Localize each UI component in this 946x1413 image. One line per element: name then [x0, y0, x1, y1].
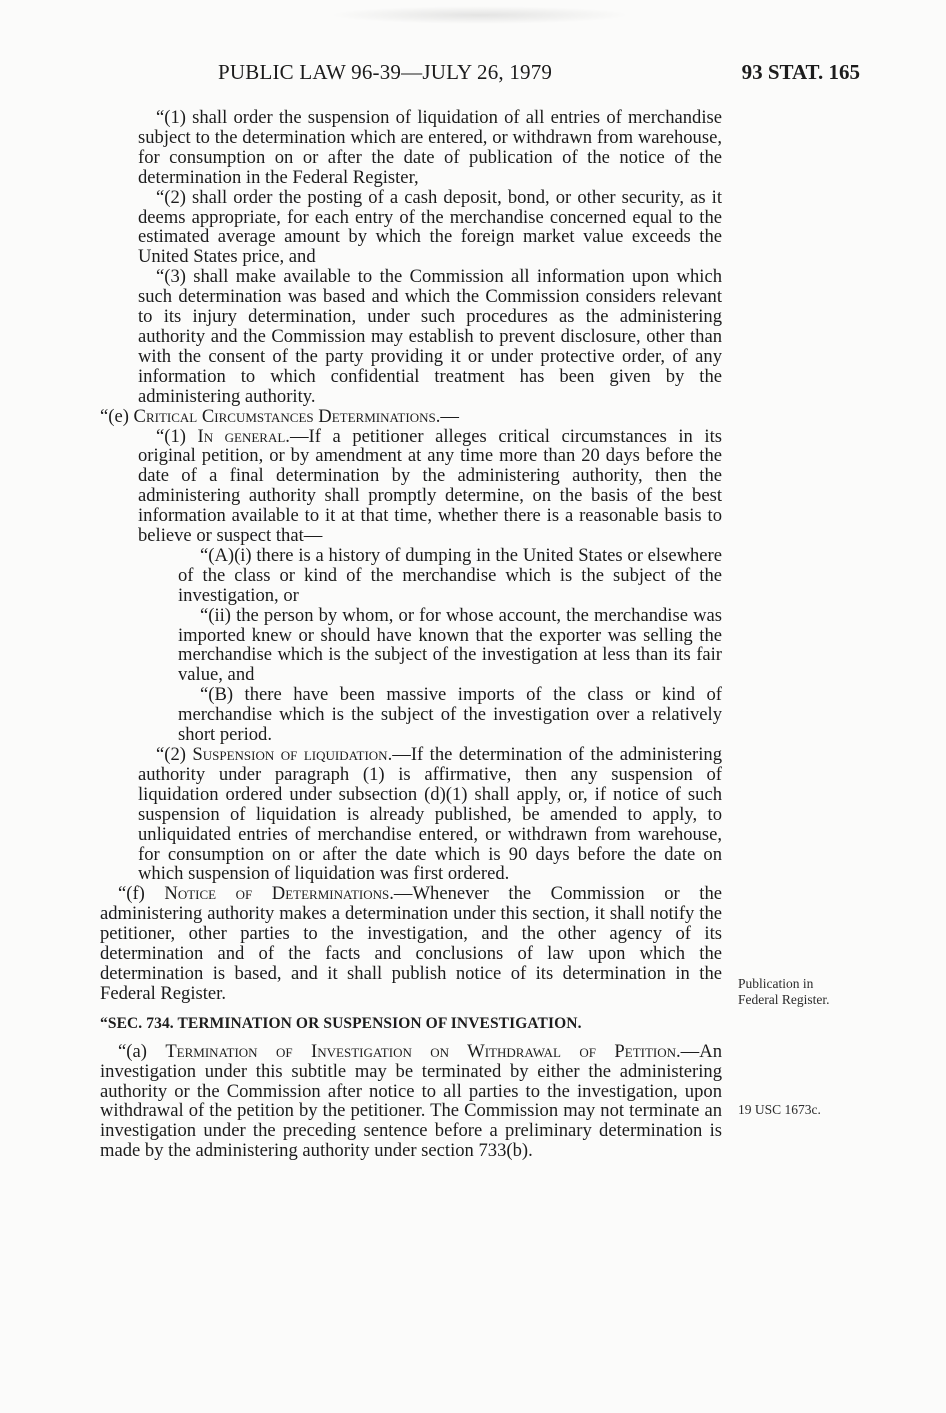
- margin-note-publication: Publication in Federal Register.: [738, 976, 848, 1007]
- page-header: PUBLIC LAW 96-39—JULY 26, 1979 93 STAT. …: [218, 60, 860, 88]
- paragraph-1: “(1) shall order the suspension of liqui…: [100, 108, 722, 188]
- termination-heading: Termination of Investigation on Withdraw…: [165, 1041, 680, 1062]
- notice-of-determinations-heading: Notice of Determinations.: [164, 883, 393, 904]
- paragraph-e1-B: “(B) there have been massive imports of …: [100, 685, 722, 745]
- paragraph-e1-A-i: “(A)(i) there is a history of dumping in…: [100, 546, 722, 606]
- paragraph-e1-A-ii: “(ii) the person by whom, or for whose a…: [100, 606, 722, 686]
- suspension-of-liquidation-heading: Suspension of liquidation.: [192, 744, 392, 765]
- paragraph-f: “(f) Notice of Determinations.—Whenever …: [100, 884, 722, 1003]
- paragraph-2: “(2) shall order the posting of a cash d…: [100, 188, 722, 268]
- critical-circumstances-heading: Critical Circumstances Determinations.—: [134, 406, 459, 427]
- statute-page-ref: 93 STAT. 165: [742, 60, 860, 85]
- running-title: PUBLIC LAW 96-39—JULY 26, 1979: [218, 60, 552, 85]
- bleed-through-artifact: [330, 6, 630, 24]
- section-734-heading: “SEC. 734. TERMINATION OR SUSPENSION OF …: [100, 1014, 722, 1034]
- subsection-e-heading: “(e) Critical Circumstances Determinatio…: [100, 407, 722, 427]
- paragraph-3: “(3) shall make available to the Commiss…: [100, 267, 722, 406]
- in-general-heading: In general.: [198, 426, 290, 447]
- margin-note-usc: 19 USC 1673c.: [738, 1102, 858, 1118]
- paragraph-e1: “(1) In general.—If a petitioner alleges…: [100, 427, 722, 546]
- statute-body: “(1) shall order the suspension of liqui…: [100, 108, 722, 1161]
- paragraph-e2: “(2) Suspension of liquidation.—If the d…: [100, 745, 722, 884]
- paragraph-734-a: “(a) Termination of Investigation on Wit…: [100, 1042, 722, 1161]
